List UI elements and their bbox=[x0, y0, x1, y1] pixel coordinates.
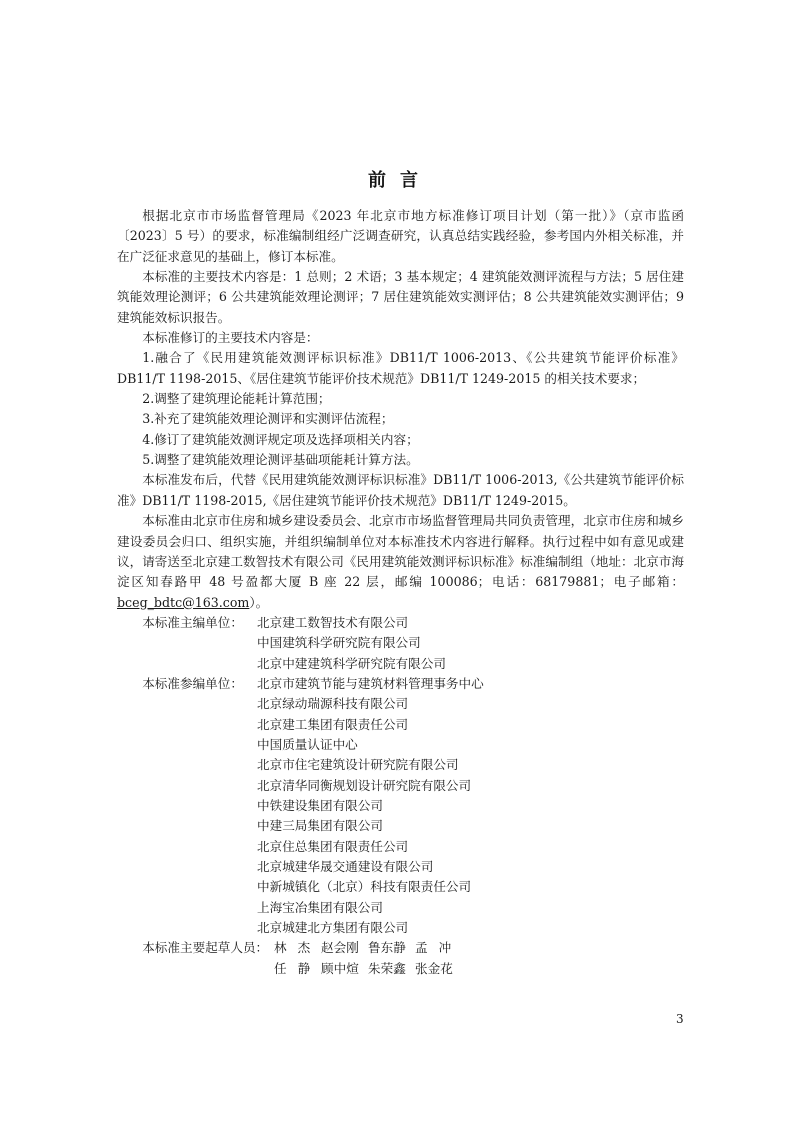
unit-name: 北京中建建筑科学研究院有限公司 bbox=[257, 654, 446, 674]
unit-name: 北京住总集团有限责任公司 bbox=[257, 837, 408, 857]
participating-units-section: 本标准参编单位：北京市建筑节能与建筑材料管理事务中心 北京绿动瑞源科技有限公司 … bbox=[117, 674, 684, 938]
unit-name: 北京清华同衡规划设计研究院有限公司 bbox=[257, 776, 471, 796]
unit-name: 上海宝冶集团有限公司 bbox=[257, 898, 383, 918]
revision-item: 5.调整了建筑能效理论测评基础项能耗计算方法。 bbox=[117, 450, 684, 470]
paragraph-management: 本标准由北京市住房和城乡建设委员会、北京市市场监督管理局共同负责管理，北京市住房… bbox=[117, 511, 684, 613]
email-link[interactable]: bceg_bdtc@163.com bbox=[117, 595, 249, 610]
paragraph-replacement: 本标准发布后，代替《民用建筑能效测评标识标准》DB11/T 1006-2013,… bbox=[117, 470, 684, 511]
page-title: 前言 bbox=[0, 166, 800, 192]
drafter-name: 林杰 bbox=[274, 938, 321, 958]
revision-item: 1.融合了《民用建筑能效测评标识标准》DB11/T 1006-2013、《公共建… bbox=[117, 348, 684, 389]
unit-name: 中国质量认证中心 bbox=[257, 735, 358, 755]
unit-name: 中建三局集团有限公司 bbox=[257, 816, 383, 836]
unit-name: 中新城镇化（北京）科技有限责任公司 bbox=[257, 877, 471, 897]
revision-item: 3.补充了建筑能效理论测评和实测评估流程； bbox=[117, 409, 684, 429]
management-text: 本标准由北京市住房和城乡建设委员会、北京市市场监督管理局共同负责管理，北京市住房… bbox=[117, 513, 684, 589]
drafter-name: 鲁东静 bbox=[368, 938, 415, 958]
page-number: 3 bbox=[676, 1012, 684, 1026]
document-body: 根据北京市市场监督管理局《2023 年北京市地方标准修订项目计划（第一批）》（京… bbox=[117, 206, 684, 979]
unit-name: 中铁建设集团有限公司 bbox=[257, 796, 383, 816]
unit-name: 北京绿动瑞源科技有限公司 bbox=[257, 694, 408, 714]
unit-name: 北京城建华晟交通建设有限公司 bbox=[257, 857, 433, 877]
drafter-name: 朱荣鑫 bbox=[368, 959, 415, 979]
drafter-name: 任静 bbox=[274, 959, 321, 979]
chief-units-label: 本标准主编单位： bbox=[117, 613, 257, 633]
revision-item: 4.修订了建筑能效测评规定项及选择项相关内容； bbox=[117, 430, 684, 450]
unit-name: 北京市建筑节能与建筑材料管理事务中心 bbox=[257, 674, 484, 694]
management-text-end: ）。 bbox=[249, 595, 268, 610]
unit-name: 北京市住宅建筑设计研究院有限公司 bbox=[257, 755, 459, 775]
drafters-label: 本标准主要起草人员： bbox=[117, 938, 274, 958]
unit-name: 北京建工集团有限责任公司 bbox=[257, 715, 408, 735]
unit-name: 中国建筑科学研究院有限公司 bbox=[257, 633, 421, 653]
paragraph-basis: 根据北京市市场监督管理局《2023 年北京市地方标准修订项目计划（第一批）》（京… bbox=[117, 206, 684, 267]
chief-units-section: 本标准主编单位：北京建工数智技术有限公司 中国建筑科学研究院有限公司 北京中建建… bbox=[117, 613, 684, 674]
participating-units-label: 本标准参编单位： bbox=[117, 674, 257, 694]
unit-name: 北京城建北方集团有限公司 bbox=[257, 918, 408, 938]
revision-item: 2.调整了建筑理论能耗计算范围； bbox=[117, 389, 684, 409]
drafter-name: 孟冲 bbox=[415, 938, 462, 958]
paragraph-revision-intro: 本标准修订的主要技术内容是： bbox=[117, 328, 684, 348]
paragraph-main-content: 本标准的主要技术内容是：1 总则；2 术语；3 基本规定；4 建筑能效测评流程与… bbox=[117, 267, 684, 328]
drafter-name: 张金花 bbox=[415, 959, 462, 979]
drafters-section: 本标准主要起草人员： 林杰 赵会刚 鲁东静 孟冲 任静 顾中煊 朱荣鑫 张金花 bbox=[117, 938, 684, 979]
drafter-name: 赵会刚 bbox=[321, 938, 368, 958]
drafter-name: 顾中煊 bbox=[321, 959, 368, 979]
unit-name: 北京建工数智技术有限公司 bbox=[257, 613, 408, 633]
